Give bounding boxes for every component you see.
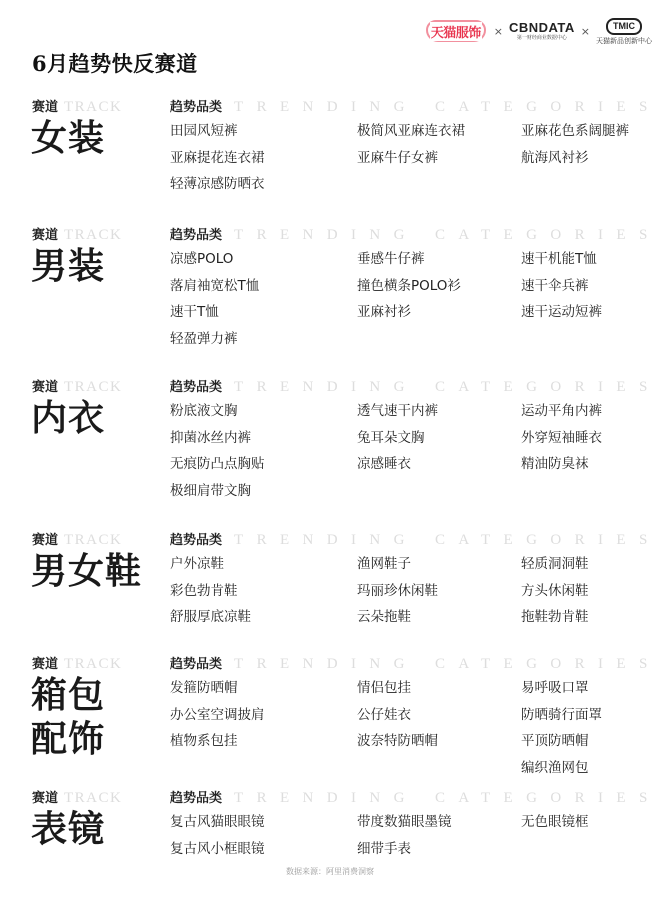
category-item: 垂感牛仔裤 bbox=[357, 250, 461, 277]
category-column: 极简风亚麻连衣裙 亚麻牛仔女裤 bbox=[357, 122, 465, 175]
category-item: 编织渔网包 bbox=[521, 759, 602, 786]
trend-label: 趋势品类TRENDING CATEGORIES bbox=[170, 224, 660, 244]
category-item: 速干运动短裤 bbox=[521, 303, 602, 330]
trend-label: 趋势品类TRENDING CATEGORIES bbox=[170, 529, 660, 549]
track-name: 表镜 bbox=[31, 807, 105, 851]
category-item: 轻盈弹力裤 bbox=[170, 330, 259, 357]
category-item: 方头休闲鞋 bbox=[521, 582, 589, 609]
category-item: 亚麻衬衫 bbox=[357, 303, 461, 330]
category-item: 速干伞兵裤 bbox=[521, 277, 602, 304]
category-item: 植物系包挂 bbox=[170, 732, 265, 759]
trend-label: 趋势品类TRENDING CATEGORIES bbox=[170, 787, 660, 807]
category-item: 粉底液文胸 bbox=[170, 402, 265, 429]
category-item: 极简风亚麻连衣裙 bbox=[357, 122, 465, 149]
cbndata-logo: CBNDATA 第一财经商业数据中心 bbox=[509, 21, 575, 41]
category-item: 无色眼镜框 bbox=[521, 813, 589, 840]
category-item: 落肩袖宽松T恤 bbox=[170, 277, 259, 304]
category-item: 凉感睡衣 bbox=[357, 455, 438, 482]
tmall-fashion-logo: 天猫服饰 bbox=[424, 17, 488, 45]
category-item: 田园风短裤 bbox=[170, 122, 265, 149]
track-name: 女装 bbox=[31, 116, 105, 160]
category-column: 粉底液文胸 抑菌冰丝内裤 无痕防凸点胸贴 极细肩带文胸 bbox=[170, 402, 265, 508]
category-item: 易呼吸口罩 bbox=[521, 679, 602, 706]
category-item: 户外凉鞋 bbox=[170, 555, 251, 582]
track-label: 赛道TRACK bbox=[32, 224, 122, 244]
category-item: 极细肩带文胸 bbox=[170, 482, 265, 509]
category-item: 办公室空调披肩 bbox=[170, 706, 265, 733]
category-item: 速干T恤 bbox=[170, 303, 259, 330]
category-column: 垂感牛仔裤 撞色横条POLO衫 亚麻衬衫 bbox=[357, 250, 461, 330]
category-column: 田园风短裤 亚麻提花连衣裙 轻薄凉感防晒衣 bbox=[170, 122, 265, 202]
category-column: 带度数猫眼墨镜 细带手表 bbox=[357, 813, 452, 866]
category-item: 精油防臭袜 bbox=[521, 455, 602, 482]
category-column: 透气速干内裤 兔耳朵文胸 凉感睡衣 bbox=[357, 402, 438, 482]
category-item: 凉感POLO bbox=[170, 250, 259, 277]
category-column: 渔网鞋子 玛丽珍休闲鞋 云朵拖鞋 bbox=[357, 555, 438, 635]
category-item: 复古风小框眼镜 bbox=[170, 840, 265, 867]
trend-label: 趋势品类TRENDING CATEGORIES bbox=[170, 96, 660, 116]
category-item: 亚麻牛仔女裤 bbox=[357, 149, 465, 176]
separator-icon: × bbox=[494, 25, 503, 38]
category-item: 外穿短袖睡衣 bbox=[521, 429, 602, 456]
category-item: 拖鞋勃肯鞋 bbox=[521, 608, 589, 635]
category-column: 无色眼镜框 bbox=[521, 813, 589, 840]
category-item: 波奈特防晒帽 bbox=[357, 732, 438, 759]
track-label: 赛道TRACK bbox=[32, 653, 122, 673]
category-column: 情侣包挂 公仔娃衣 波奈特防晒帽 bbox=[357, 679, 438, 759]
track-label: 赛道TRACK bbox=[32, 96, 122, 116]
track-name: 箱包 配饰 bbox=[31, 673, 105, 761]
page-title: 6月趋势快反赛道 bbox=[32, 48, 198, 78]
category-item: 兔耳朵文胸 bbox=[357, 429, 438, 456]
trend-label: 趋势品类TRENDING CATEGORIES bbox=[170, 653, 660, 673]
category-item: 玛丽珍休闲鞋 bbox=[357, 582, 438, 609]
category-item: 撞色横条POLO衫 bbox=[357, 277, 461, 304]
tmic-logo: TMIC 天猫新品创新中心 bbox=[596, 18, 652, 45]
category-column: 运动平角内裤 外穿短袖睡衣 精油防臭袜 bbox=[521, 402, 602, 482]
category-column: 轻质洞洞鞋 方头休闲鞋 拖鞋勃肯鞋 bbox=[521, 555, 589, 635]
category-item: 公仔娃衣 bbox=[357, 706, 438, 733]
track-name: 内衣 bbox=[31, 396, 105, 440]
category-item: 带度数猫眼墨镜 bbox=[357, 813, 452, 840]
category-item: 发箍防晒帽 bbox=[170, 679, 265, 706]
category-column: 复古风猫眼眼镜 复古风小框眼镜 bbox=[170, 813, 265, 866]
category-item: 亚麻提花连衣裙 bbox=[170, 149, 265, 176]
category-item: 亚麻花色系阔腿裤 bbox=[521, 122, 629, 149]
category-item: 无痕防凸点胸贴 bbox=[170, 455, 265, 482]
category-column: 凉感POLO 落肩袖宽松T恤 速干T恤 轻盈弹力裤 bbox=[170, 250, 259, 356]
category-item: 抑菌冰丝内裤 bbox=[170, 429, 265, 456]
data-source-note: 数据来源：阿里消费洞察 bbox=[0, 866, 660, 877]
track-label: 赛道TRACK bbox=[32, 529, 122, 549]
category-item: 舒服厚底凉鞋 bbox=[170, 608, 251, 635]
category-item: 轻质洞洞鞋 bbox=[521, 555, 589, 582]
category-item: 云朵拖鞋 bbox=[357, 608, 438, 635]
category-item: 细带手表 bbox=[357, 840, 452, 867]
category-column: 速干机能T恤 速干伞兵裤 速干运动短裤 bbox=[521, 250, 602, 330]
partner-logos: 天猫服饰 × CBNDATA 第一财经商业数据中心 × TMIC 天猫新品创新中… bbox=[424, 14, 652, 48]
category-column: 发箍防晒帽 办公室空调披肩 植物系包挂 bbox=[170, 679, 265, 759]
track-label: 赛道TRACK bbox=[32, 787, 122, 807]
category-item: 情侣包挂 bbox=[357, 679, 438, 706]
category-item: 运动平角内裤 bbox=[521, 402, 602, 429]
category-column: 亚麻花色系阔腿裤 航海风衬衫 bbox=[521, 122, 629, 175]
trend-label: 趋势品类TRENDING CATEGORIES bbox=[170, 376, 660, 396]
category-item: 渔网鞋子 bbox=[357, 555, 438, 582]
category-item: 透气速干内裤 bbox=[357, 402, 438, 429]
category-column: 户外凉鞋 彩色勃肯鞋 舒服厚底凉鞋 bbox=[170, 555, 251, 635]
track-name: 男女鞋 bbox=[31, 549, 142, 593]
category-item: 轻薄凉感防晒衣 bbox=[170, 175, 265, 202]
separator-icon: × bbox=[581, 25, 590, 38]
category-item: 防晒骑行面罩 bbox=[521, 706, 602, 733]
category-item: 平顶防晒帽 bbox=[521, 732, 602, 759]
category-item: 彩色勃肯鞋 bbox=[170, 582, 251, 609]
track-name: 男装 bbox=[31, 244, 105, 288]
category-column: 易呼吸口罩 防晒骑行面罩 平顶防晒帽 编织渔网包 bbox=[521, 679, 602, 785]
category-item: 复古风猫眼眼镜 bbox=[170, 813, 265, 840]
category-item: 航海风衬衫 bbox=[521, 149, 629, 176]
track-label: 赛道TRACK bbox=[32, 376, 122, 396]
category-item: 速干机能T恤 bbox=[521, 250, 602, 277]
